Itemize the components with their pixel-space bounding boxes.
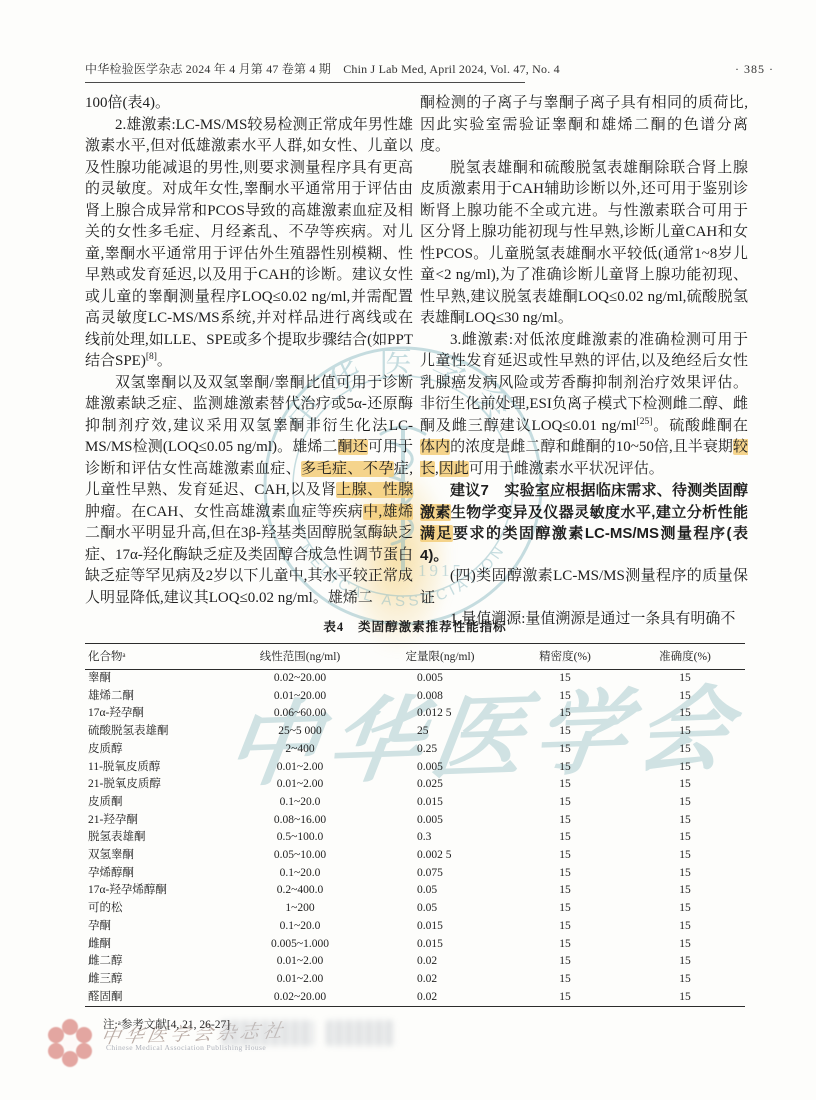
column-header: 精密度(%) <box>505 644 625 670</box>
value-cell: 15 <box>505 670 625 688</box>
compound-cell: 雌三醇 <box>85 971 225 989</box>
highlighted-text: 酮还 <box>338 439 368 455</box>
compound-cell: 睾酮 <box>85 670 225 688</box>
table-row: 硫酸脱氢表雄酮25~5 000251515 <box>85 723 745 741</box>
highlighted-text: 满足 <box>420 525 453 542</box>
value-cell: 0.1~20.0 <box>225 918 375 936</box>
value-cell: 15 <box>625 688 745 706</box>
table-row: 睾酮0.02~20.000.0051515 <box>85 670 745 688</box>
scan-watermark-block <box>222 1020 314 1046</box>
value-cell: 15 <box>505 989 625 1007</box>
value-cell: 0.02 <box>375 971 505 989</box>
value-cell: 15 <box>505 741 625 759</box>
value-cell: 0.01~20.00 <box>225 688 375 706</box>
table-row: 可的松1~2000.051515 <box>85 900 745 918</box>
compound-cell: 雄烯二酮 <box>85 688 225 706</box>
value-cell: 0.05 <box>375 900 505 918</box>
compound-cell: 雌二醇 <box>85 953 225 971</box>
compound-cell: 醛固酮 <box>85 989 225 1007</box>
highlighted-text: 体内 <box>420 439 450 455</box>
table-row: 21-脱氧皮质醇0.01~2.000.0251515 <box>85 776 745 794</box>
value-cell: 15 <box>625 670 745 688</box>
paragraph: 建议7 实验室应根据临床需求、待测类固醇激素生物学变异及仪器灵敏度水平,建立分析… <box>420 480 748 566</box>
text-run: 的浓度是雌二醇和雌酮的10~50倍,且半衰期 <box>450 439 733 455</box>
column-header: 线性范围(ng/ml) <box>225 644 375 670</box>
text-run: 2.雄激素:LC-MS/MS较易检测正常成年男性雄激素水平,但对低雄激素水平人群… <box>85 117 413 370</box>
table-caption: 类固醇激素推荐性能指标 <box>358 620 507 634</box>
value-cell: 0.075 <box>375 865 505 883</box>
value-cell: 0.2~400.0 <box>225 882 375 900</box>
value-cell: 0.015 <box>375 794 505 812</box>
value-cell: 15 <box>625 741 745 759</box>
table-row: 雌三醇0.01~2.000.021515 <box>85 971 745 989</box>
table-footnote: 注:ᵃ参考文献[4, 21, 26-27] <box>103 1016 230 1032</box>
compound-cell: 孕酮 <box>85 918 225 936</box>
paragraph: 100倍(表4)。 <box>85 93 413 115</box>
text-run: 脱氢表雄酮和硫酸脱氢表雄酮除联合肾上腺皮质激素用于CAH辅助诊断以外,还可用于鉴… <box>420 160 748 327</box>
value-cell: 15 <box>505 812 625 830</box>
value-cell: 25~5 000 <box>225 723 375 741</box>
compound-cell: 可的松 <box>85 900 225 918</box>
value-cell: 0.3 <box>375 829 505 847</box>
value-cell: 0.005 <box>375 759 505 777</box>
table-row: 孕酮0.1~20.00.0151515 <box>85 918 745 936</box>
compound-cell: 皮质醇 <box>85 741 225 759</box>
value-cell: 15 <box>625 900 745 918</box>
value-cell: 0.008 <box>375 688 505 706</box>
value-cell: 0.015 <box>375 918 505 936</box>
compound-cell: 11-脱氧皮质醇 <box>85 759 225 777</box>
table-row: 17α-羟孕烯醇酮0.2~400.00.051515 <box>85 882 745 900</box>
text-run: 100倍(表4)。 <box>85 95 170 111</box>
value-cell: 15 <box>625 812 745 830</box>
publisher-english-text: Chinese Medical Association Publishing H… <box>106 1043 266 1052</box>
value-cell: 0.01~2.00 <box>225 971 375 989</box>
paragraph: 3.雌激素:对低浓度雌激素的准确检测可用于儿童性发育延迟或性早熟的评估,以及绝经… <box>420 330 748 481</box>
compound-cell: 脱氢表雄酮 <box>85 829 225 847</box>
value-cell: 0.005~1.000 <box>225 936 375 954</box>
superscript-ref: [25] <box>637 417 653 427</box>
highlighted-text: 上腺、性腺 <box>336 482 413 498</box>
compound-cell: 雌酮 <box>85 936 225 954</box>
column-header: 准确度(%) <box>625 644 745 670</box>
value-cell: 0.02~20.00 <box>225 989 375 1007</box>
table-row: 双氢睾酮0.05~10.000.002 51515 <box>85 847 745 865</box>
value-cell: 0.01~2.00 <box>225 776 375 794</box>
paragraph: 酮检测的子离子与睾酮子离子具有相同的质荷比,因此实验室需验证睾酮和雄烯二酮的色谱… <box>420 93 748 158</box>
value-cell: 1~200 <box>225 900 375 918</box>
table-row: 孕烯醇酮0.1~20.00.0751515 <box>85 865 745 883</box>
table-row: 17α-羟孕酮0.06~60.000.012 51515 <box>85 705 745 723</box>
value-cell: 0.01~2.00 <box>225 759 375 777</box>
value-cell: 0.005 <box>375 812 505 830</box>
value-cell: 0.02 <box>375 953 505 971</box>
text-run: 可用于雌激素水平状况评估。 <box>469 461 664 477</box>
performance-table: 化合物ᵃ线性范围(ng/ml)定量限(ng/ml)精密度(%)准确度(%) 睾酮… <box>85 643 745 1007</box>
column-header: 定量限(ng/ml) <box>375 644 505 670</box>
value-cell: 0.02~20.00 <box>225 670 375 688</box>
text-run: 酮检测的子离子与睾酮子离子具有相同的质荷比,因此实验室需验证睾酮和雄烯二酮的色谱… <box>420 95 748 154</box>
table-row: 雌二醇0.01~2.000.021515 <box>85 953 745 971</box>
value-cell: 0.025 <box>375 776 505 794</box>
value-cell: 0.02 <box>375 989 505 1007</box>
value-cell: 0.01~2.00 <box>225 953 375 971</box>
column-header: 化合物ᵃ <box>85 644 225 670</box>
value-cell: 0.05~10.00 <box>225 847 375 865</box>
value-cell: 0.08~16.00 <box>225 812 375 830</box>
value-cell: 15 <box>625 882 745 900</box>
value-cell: 15 <box>505 918 625 936</box>
value-cell: 15 <box>505 900 625 918</box>
highlighted-text: 多毛症、不孕 <box>301 461 394 477</box>
value-cell: 15 <box>625 776 745 794</box>
value-cell: 0.1~20.0 <box>225 794 375 812</box>
column-right: 酮检测的子离子与睾酮子离子具有相同的质荷比,因此实验室需验证睾酮和雄烯二酮的色谱… <box>420 93 748 631</box>
value-cell: 15 <box>625 829 745 847</box>
value-cell: 15 <box>625 989 745 1007</box>
compound-cell: 21-脱氧皮质醇 <box>85 776 225 794</box>
table-row: 21-羟孕酮0.08~16.000.0051515 <box>85 812 745 830</box>
value-cell: 15 <box>505 971 625 989</box>
value-cell: 0.002 5 <box>375 847 505 865</box>
highlighted-text: 激素 <box>420 504 451 521</box>
value-cell: 0.25 <box>375 741 505 759</box>
table-section: 表4类固醇激素推荐性能指标 化合物ᵃ线性范围(ng/ml)定量限(ng/ml)精… <box>85 617 745 1007</box>
table-row: 雌酮0.005~1.0000.0151515 <box>85 936 745 954</box>
value-cell: 0.012 5 <box>375 705 505 723</box>
table-header-row: 化合物ᵃ线性范围(ng/ml)定量限(ng/ml)精密度(%)准确度(%) <box>85 644 745 670</box>
value-cell: 15 <box>505 882 625 900</box>
table-row: 皮质醇2~4000.251515 <box>85 741 745 759</box>
compound-cell: 孕烯醇酮 <box>85 865 225 883</box>
table-title: 表4类固醇激素推荐性能指标 <box>85 617 745 635</box>
compound-cell: 17α-羟孕酮 <box>85 705 225 723</box>
text-run: 肿瘤。在CAH、女性高雄激素血症等疾病 <box>85 504 363 520</box>
value-cell: 15 <box>505 865 625 883</box>
value-cell: 15 <box>625 918 745 936</box>
text-run: (四)类固醇激素LC-MS/MS测量程序的质量保证 <box>420 568 748 606</box>
compound-cell: 皮质酮 <box>85 794 225 812</box>
value-cell: 15 <box>625 847 745 865</box>
value-cell: 15 <box>625 759 745 777</box>
superscript-ref: [8] <box>146 352 157 362</box>
value-cell: 15 <box>505 953 625 971</box>
value-cell: 0.015 <box>375 936 505 954</box>
value-cell: 15 <box>505 936 625 954</box>
value-cell: 15 <box>505 705 625 723</box>
table-row: 脱氢表雄酮0.5~100.00.31515 <box>85 829 745 847</box>
value-cell: 15 <box>625 936 745 954</box>
highlighted-text: 中,雄烯 <box>363 504 413 520</box>
value-cell: 15 <box>505 829 625 847</box>
text-run: 生物学变异及仪器灵敏度水平,建立分析性能 <box>451 504 748 521</box>
value-cell: 15 <box>625 971 745 989</box>
text-run: 要求的类固醇激素LC-MS/MS测量程序(表4)。 <box>420 525 748 564</box>
value-cell: 15 <box>625 705 745 723</box>
paragraph: 脱氢表雄酮和硫酸脱氢表雄酮除联合肾上腺皮质激素用于CAH辅助诊断以外,还可用于鉴… <box>420 158 748 330</box>
scan-watermark-block <box>326 1020 394 1046</box>
table-label: 表4 <box>323 620 344 634</box>
value-cell: 15 <box>625 865 745 883</box>
table-row: 醛固酮0.02~20.000.021515 <box>85 989 745 1007</box>
compound-cell: 17α-羟孕烯醇酮 <box>85 882 225 900</box>
text-run: 二酮水平明显升高,但在3β-羟基类固醇脱氢酶缺乏症、17α-羟化酶缺乏症及类固醇… <box>85 525 413 606</box>
compound-cell: 硫酸脱氢表雄酮 <box>85 723 225 741</box>
table-row: 11-脱氧皮质醇0.01~2.000.0051515 <box>85 759 745 777</box>
value-cell: 15 <box>505 759 625 777</box>
journal-header: 中华检验医学杂志 2024 年 4 月第 47 卷第 4 期 Chin J La… <box>85 60 525 83</box>
table-row: 雄烯二酮0.01~20.000.0081515 <box>85 688 745 706</box>
value-cell: 15 <box>625 794 745 812</box>
value-cell: 15 <box>625 953 745 971</box>
value-cell: 15 <box>505 688 625 706</box>
compound-cell: 21-羟孕酮 <box>85 812 225 830</box>
header-row: 化合物ᵃ线性范围(ng/ml)定量限(ng/ml)精密度(%)准确度(%) <box>85 644 745 670</box>
value-cell: 0.06~60.00 <box>225 705 375 723</box>
value-cell: 2~400 <box>225 741 375 759</box>
value-cell: 15 <box>505 794 625 812</box>
value-cell: 15 <box>505 776 625 794</box>
value-cell: 0.005 <box>375 670 505 688</box>
column-left: 100倍(表4)。2.雄激素:LC-MS/MS较易检测正常成年男性雄激素水平,但… <box>85 93 413 609</box>
publisher-flower-icon <box>44 1017 96 1069</box>
value-cell: 15 <box>505 847 625 865</box>
value-cell: 0.1~20.0 <box>225 865 375 883</box>
paragraph: 双氢睾酮以及双氢睾酮/睾酮比值可用于诊断雄激素缺乏症、监测雄激素替代治疗或5α-… <box>85 373 413 610</box>
text-run: 建议7 实验室应根据临床需求、待测类固醇 <box>450 482 748 499</box>
table-row: 皮质酮0.1~20.00.0151515 <box>85 794 745 812</box>
paragraph: 2.雄激素:LC-MS/MS较易检测正常成年男性雄激素水平,但对低雄激素水平人群… <box>85 115 413 373</box>
value-cell: 15 <box>505 723 625 741</box>
value-cell: 0.5~100.0 <box>225 829 375 847</box>
table-body: 睾酮0.02~20.000.0051515雄烯二酮0.01~20.000.008… <box>85 670 745 1007</box>
compound-cell: 双氢睾酮 <box>85 847 225 865</box>
value-cell: 25 <box>375 723 505 741</box>
paragraph: (四)类固醇激素LC-MS/MS测量程序的质量保证 <box>420 566 748 609</box>
text-run: 。硫酸雌酮在 <box>652 418 748 434</box>
value-cell: 0.05 <box>375 882 505 900</box>
highlighted-text: 因此 <box>439 461 469 477</box>
page-number: · 385 · <box>735 62 774 77</box>
text-run: 。 <box>157 353 172 369</box>
value-cell: 15 <box>625 723 745 741</box>
